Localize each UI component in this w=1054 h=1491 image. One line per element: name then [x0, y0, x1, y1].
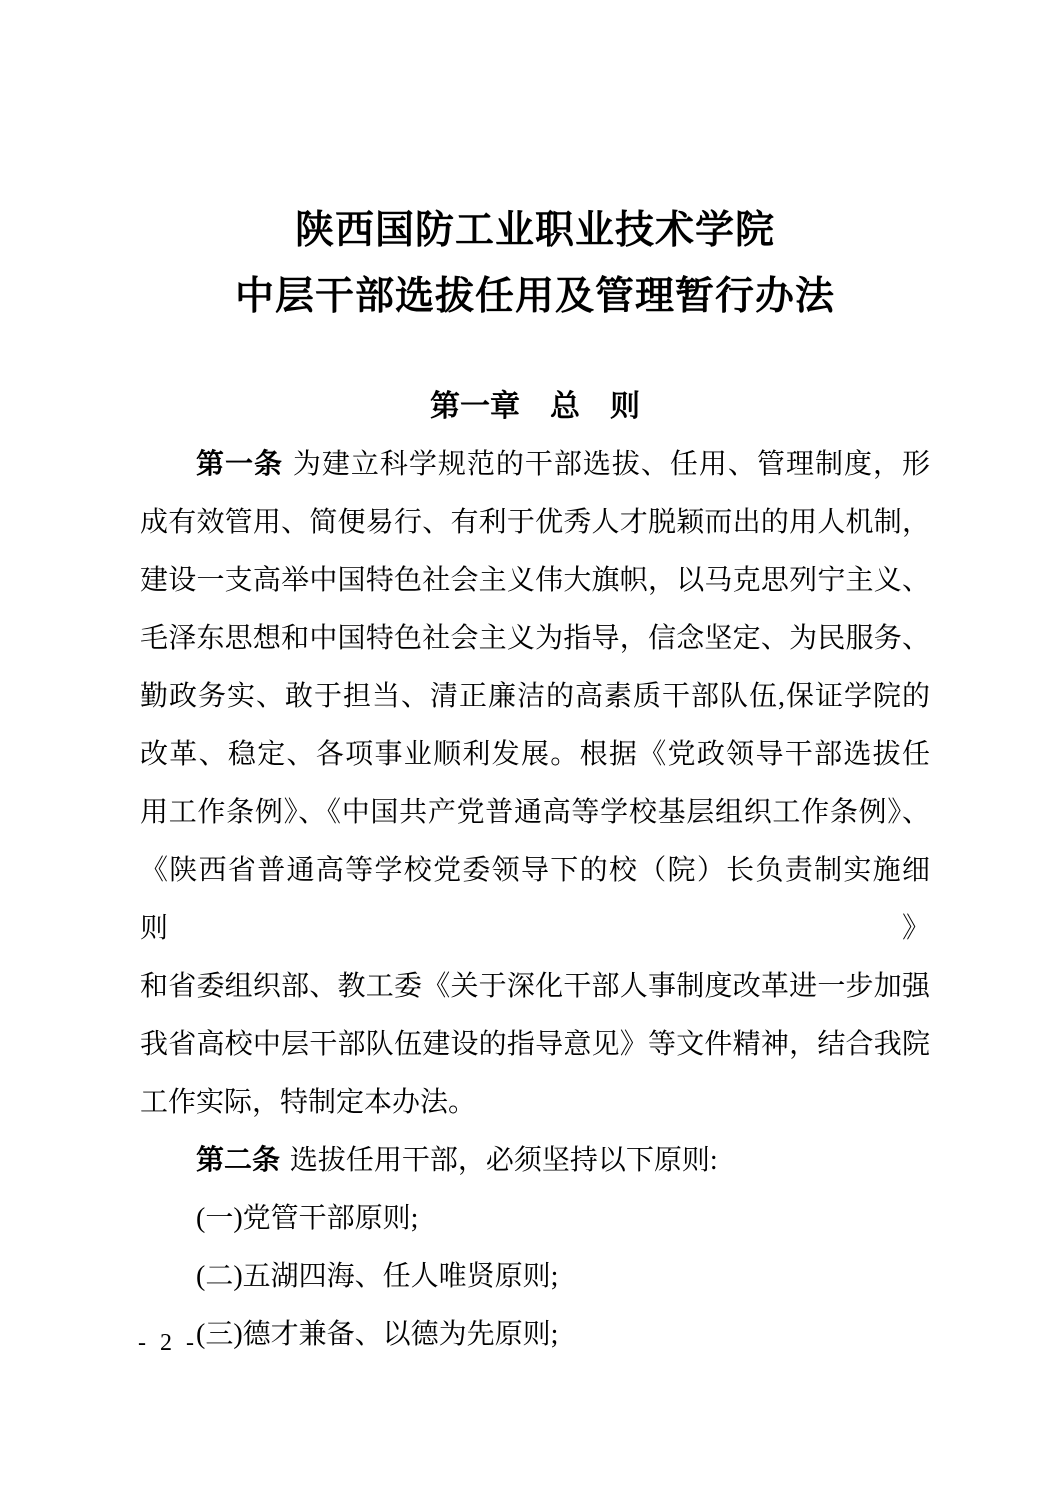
article-1-line-7: 用工作条例》、《中国共产党普通高等学校基层组织工作条例》、	[140, 784, 930, 842]
article-1-opening-text: 为建立科学规范的干部选拔、任用、管理制度，形	[293, 449, 930, 480]
title-line-2: 中层干部选拔任用及管理暂行办法	[140, 264, 930, 330]
document-content: 陕西国防工业职业技术学院 中层干部选拔任用及管理暂行办法 第一章 总 则 第一条…	[0, 0, 1054, 1364]
title-line-1: 陕西国防工业职业技术学院	[140, 198, 930, 264]
article-1-label: 第一条	[196, 449, 283, 480]
article-2-label: 第二条	[196, 1145, 280, 1176]
document-page: 陕西国防工业职业技术学院 中层干部选拔任用及管理暂行办法 第一章 总 则 第一条…	[0, 0, 1054, 1491]
document-body: 第一条为建立科学规范的干部选拔、任用、管理制度，形 成有效管用、简便易行、有利于…	[140, 436, 930, 1364]
article-1-line-3: 建设一支高举中国特色社会主义伟大旗帜，以马克思列宁主义、	[140, 552, 930, 610]
article-1-closing-line: 工作实际，特制定本办法。	[140, 1074, 930, 1132]
article-1-line-1: 第一条为建立科学规范的干部选拔、任用、管理制度，形	[140, 436, 930, 494]
document-title: 陕西国防工业职业技术学院 中层干部选拔任用及管理暂行办法	[140, 0, 930, 330]
article-2-line: 第二条选拔任用干部，必须坚持以下原则:	[140, 1132, 930, 1190]
article-1-line-2: 成有效管用、简便易行、有利于优秀人才脱颖而出的用人机制，	[140, 494, 930, 552]
article-1-line-5: 勤政务实、敢于担当、清正廉洁的高素质干部队伍,保证学院的	[140, 668, 930, 726]
article-2-item-2: (二)五湖四海、任人唯贤原则;	[140, 1248, 930, 1306]
article-2-text: 选拔任用干部，必须坚持以下原则:	[290, 1145, 718, 1176]
article-1-line-9: 和省委组织部、教工委《关于深化干部人事制度改革进一步加强	[140, 958, 930, 1016]
article-1-line-4: 毛泽东思想和中国特色社会主义为指导，信念坚定、为民服务、	[140, 610, 930, 668]
chapter-heading: 第一章 总 则	[140, 386, 930, 428]
page-number: - 2 -	[138, 1330, 198, 1357]
article-2-item-3: (三)德才兼备、以德为先原则;	[140, 1306, 930, 1364]
article-1-line-8: 《陕西省普通高等学校党委领导下的校（院）长负责制实施细则》	[140, 842, 930, 958]
article-1-line-10: 我省高校中层干部队伍建设的指导意见》等文件精神，结合我院	[140, 1016, 930, 1074]
article-1-line-6: 改革、稳定、各项事业顺利发展。根据《党政领导干部选拔任	[140, 726, 930, 784]
article-2-item-1: (一)党管干部原则;	[140, 1190, 930, 1248]
